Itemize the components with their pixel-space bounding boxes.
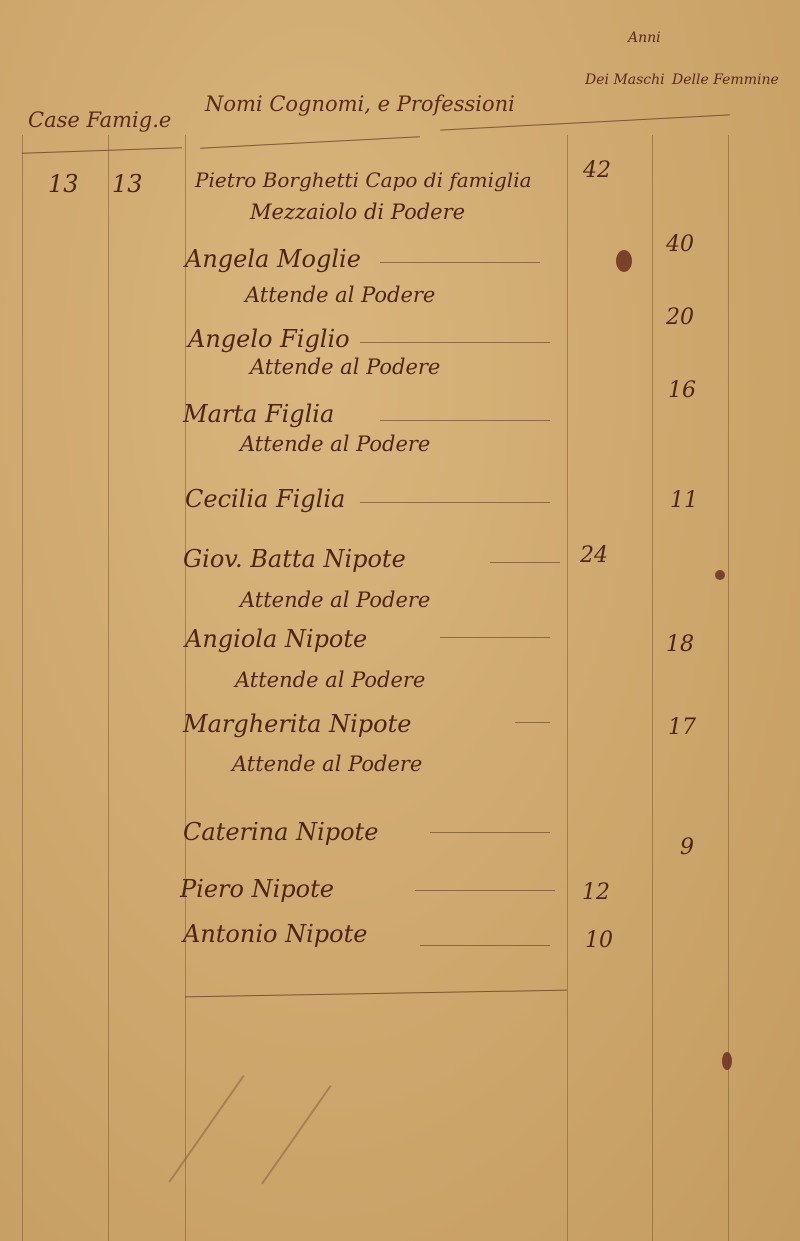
- entry-name: Margherita Nipote: [183, 710, 411, 738]
- entry-name: Caterina Nipote: [183, 818, 378, 846]
- entry-name: Angela Moglie: [185, 245, 361, 273]
- entry-female-age: 11: [670, 488, 698, 513]
- entry-male-age: 10: [585, 928, 613, 953]
- header-femmine: Delle Femmine: [672, 72, 779, 88]
- leader-dash: [490, 562, 560, 563]
- entry-name: Cecilia Figlia: [185, 485, 345, 513]
- header-underline: [200, 136, 420, 149]
- entry-name: Antonio Nipote: [183, 920, 367, 948]
- leader-dash: [420, 945, 550, 946]
- header-underline: [440, 114, 730, 130]
- entry-name: Piero Nipote: [180, 875, 334, 903]
- entry-name: Giov. Batta Nipote: [183, 545, 406, 573]
- entry-name: Angelo Figlio: [188, 325, 350, 353]
- pencil-mark: [261, 1085, 331, 1184]
- leader-dash: [380, 262, 540, 263]
- household-famiglia-number: 13: [112, 170, 143, 198]
- leader-dash: [360, 502, 550, 503]
- leader-dash: [440, 637, 550, 638]
- column-rule: [728, 135, 729, 1241]
- entry-female-age: 9: [680, 835, 694, 860]
- entry-female-age: 40: [666, 232, 694, 257]
- column-rule: [567, 135, 568, 1241]
- entry-occupation: Attende al Podere: [250, 355, 440, 379]
- header-case-famiglie: Case Famig.e: [28, 108, 171, 132]
- household-end-rule: [185, 990, 567, 998]
- pencil-mark: [168, 1075, 244, 1183]
- entry-occupation: Mezzaiolo di Podere: [250, 200, 465, 224]
- entry-occupation: Attende al Podere: [245, 283, 435, 307]
- leader-dash: [360, 342, 550, 343]
- entry-male-age: 12: [582, 880, 610, 905]
- column-rule: [108, 135, 109, 1241]
- column-rule: [652, 135, 653, 1241]
- leader-dash: [380, 420, 550, 421]
- entry-occupation: Attende al Podere: [232, 752, 422, 776]
- column-rule: [185, 135, 186, 1241]
- entry-female-age: 20: [666, 305, 694, 330]
- entry-female-age: 16: [668, 378, 696, 403]
- household-case-number: 13: [48, 170, 79, 198]
- entry-name: Angiola Nipote: [185, 625, 367, 653]
- ink-stain: [722, 1052, 732, 1070]
- entry-female-age: 17: [668, 715, 696, 740]
- header-maschi: Dei Maschi: [585, 72, 665, 88]
- leader-dash: [415, 890, 555, 891]
- entry-male-age: 24: [580, 543, 608, 568]
- entry-occupation: Attende al Podere: [240, 432, 430, 456]
- leader-dash: [515, 722, 550, 723]
- column-rule: [22, 135, 23, 1241]
- leader-dash: [430, 832, 550, 833]
- entry-occupation: Attende al Podere: [235, 668, 425, 692]
- entry-male-age: 42: [583, 158, 611, 183]
- header-nomi: Nomi Cognomi, e Professioni: [205, 92, 515, 116]
- entry-female-age: 18: [666, 632, 694, 657]
- entry-name: Pietro Borghetti Capo di famiglia: [195, 168, 532, 192]
- ink-stain: [616, 250, 632, 272]
- header-anni: Anni: [628, 30, 661, 46]
- census-page: Case Famig.e Nomi Cognomi, e Professioni…: [0, 0, 800, 1241]
- entry-occupation: Attende al Podere: [240, 588, 430, 612]
- ink-stain: [715, 570, 725, 580]
- entry-name: Marta Figlia: [183, 400, 334, 428]
- header-underline: [22, 147, 182, 154]
